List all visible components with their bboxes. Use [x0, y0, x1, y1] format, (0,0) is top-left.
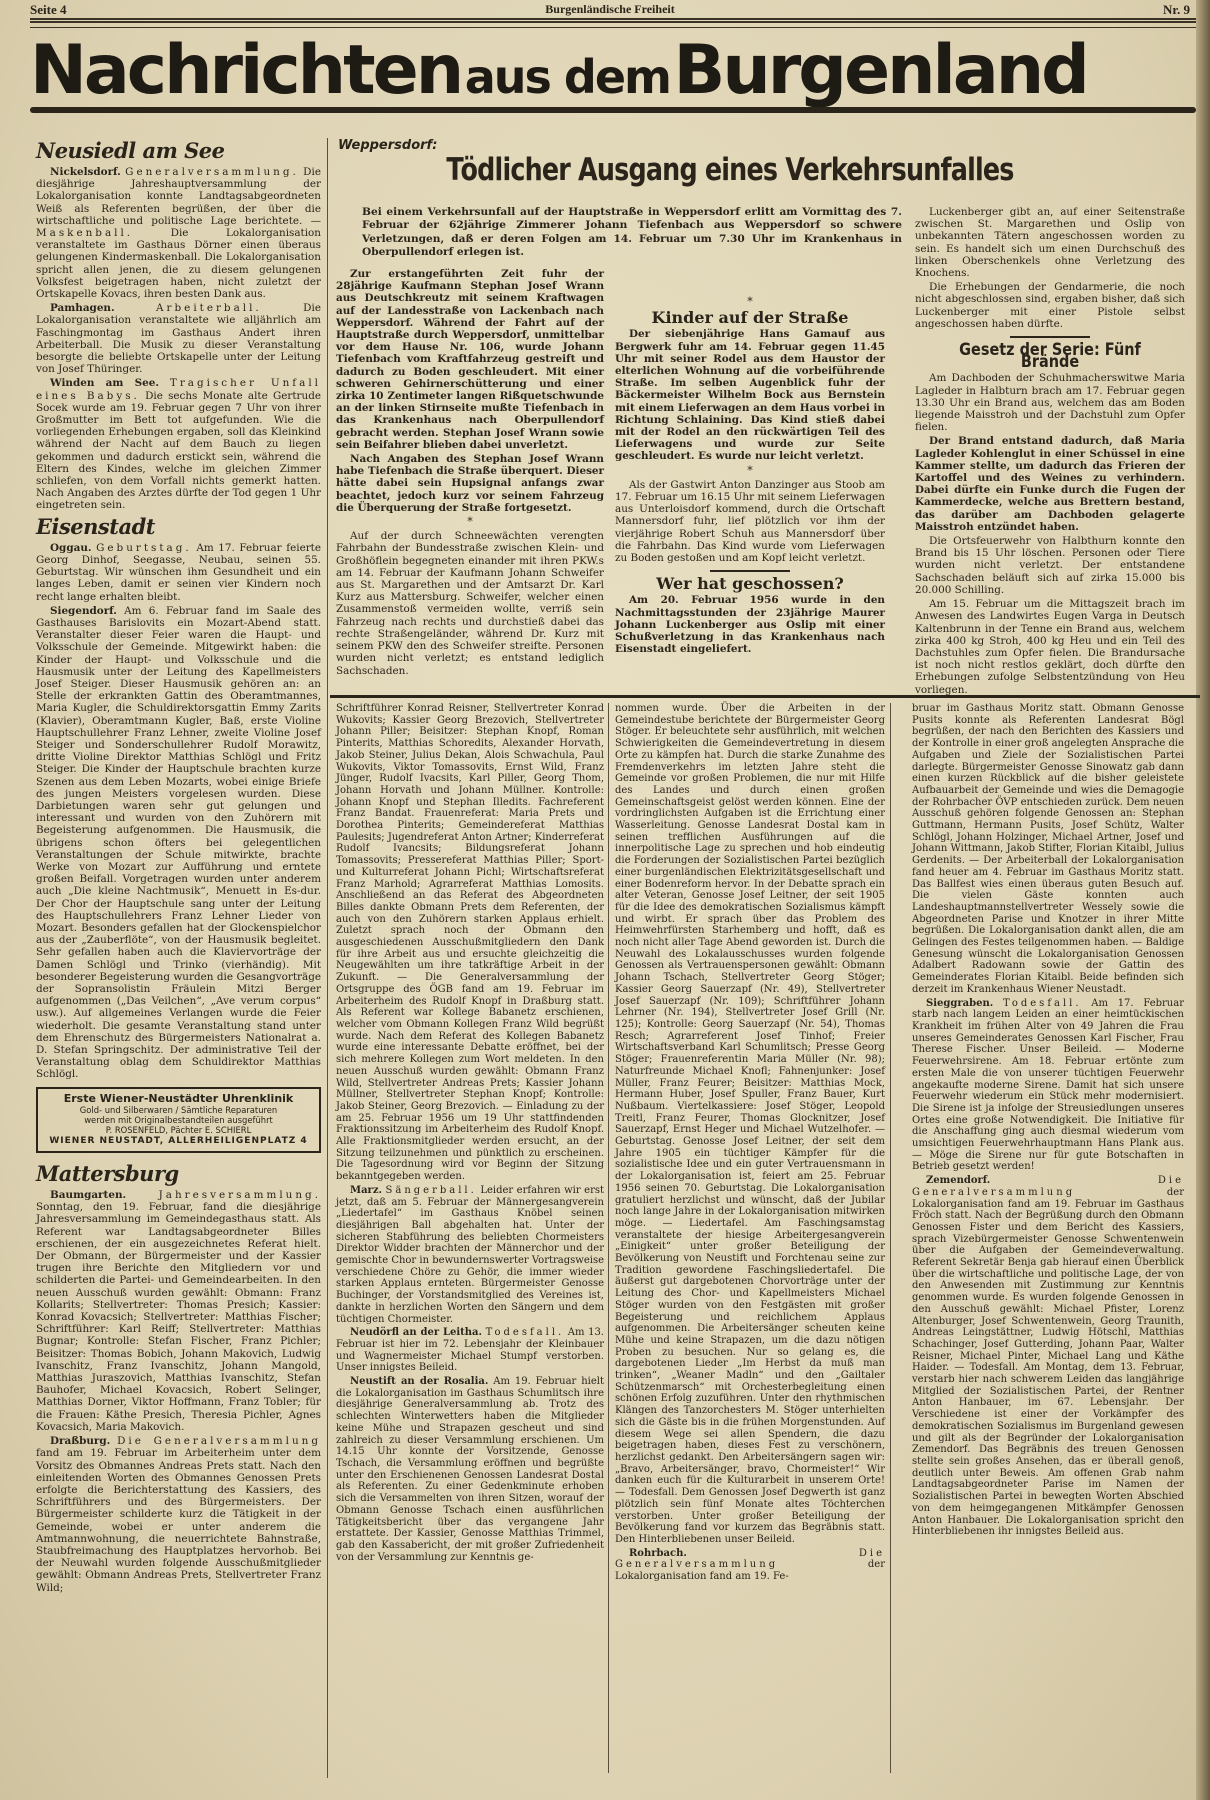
ad-line-1: Gold- und Silberwaren / Sämtliche Repara… — [44, 1105, 313, 1115]
feature-paragraph: Am 15. Februar um die Mittagszeit brach … — [915, 598, 1185, 696]
feature-lead: Bei einem Verkehrsunfall auf der Hauptst… — [362, 206, 902, 260]
news-paragraph: bruar im Gasthaus Moritz statt. Obmann G… — [912, 703, 1184, 996]
feature-column-3: Luckenberger gibt an, auf einer Seitenst… — [915, 206, 1185, 698]
column-1: Neusiedl am See Nickelsdorf. Generalvers… — [36, 138, 321, 1788]
ad-line-2: werden mit Originalbestandteilen ausgefü… — [44, 1115, 313, 1125]
news-paragraph: nommen wurde. Über die Arbeiten in der G… — [615, 703, 885, 1546]
region-heading-neusiedl: Neusiedl am See — [36, 138, 321, 164]
feature-paragraph: Am 20. Februar 1956 wurde in den Nachmit… — [615, 594, 885, 655]
news-item: Zemendorf. Die Generalversammlung der Lo… — [912, 1175, 1184, 1538]
advertisement-uhrenklinik: Erste Wiener-Neustädter Uhrenklinik Gold… — [36, 1087, 321, 1153]
top-double-rule — [30, 21, 1196, 28]
feature-paragraph: Als der Gastwirt Anton Danzinger aus Sto… — [615, 479, 885, 564]
column-2: Schriftführer Konrad Reisner, Stellvertr… — [336, 703, 604, 1565]
column-divider — [327, 138, 328, 1778]
ad-title: Erste Wiener-Neustädter Uhrenklinik — [44, 1093, 313, 1105]
masthead-rule — [30, 107, 1196, 113]
short-rule — [710, 570, 790, 572]
feature-paragraph: Der siebenjährige Hans Gamauf aus Bergwe… — [615, 328, 885, 462]
separator-asterisk: * — [336, 516, 604, 528]
page-edge-shadow — [1196, 0, 1210, 1800]
feature-bottom-rule — [330, 695, 1200, 698]
news-item: Oggau. Geburtstag. Am 17. Februar feiert… — [36, 542, 321, 603]
feature-headline: Tödlicher Ausgang eines Verkehrsunfalles — [402, 152, 1058, 188]
news-item: Siegendorf. Am 6. Februar fand im Saale … — [36, 605, 321, 1081]
news-item: Winden am See. Tragischer Unfall eines B… — [36, 377, 321, 511]
feature-paragraph: Luckenberger gibt an, auf einer Seitenst… — [915, 206, 1185, 279]
news-item: Neustift an der Rosalia. Am 19. Februar … — [336, 1376, 604, 1563]
region-heading-mattersburg: Mattersburg — [36, 1161, 321, 1187]
feature-kicker: Weppersdorf: — [338, 138, 437, 153]
column-3: nommen wurde. Über die Arbeiten in der G… — [615, 703, 885, 1585]
ad-line-3: P. ROSENFELD, Pächter E. SCHIERL — [44, 1125, 313, 1135]
top-rule — [30, 18, 1196, 20]
news-item: Nickelsdorf. Generalversammlung. Die die… — [36, 166, 321, 300]
subhead-braende: Gesetz der Serie: Fünf Brände — [935, 344, 1165, 368]
column-4: bruar im Gasthaus Moritz statt. Obmann G… — [912, 703, 1184, 1540]
news-item: Draßburg. Die Generalversammlung fand am… — [36, 1435, 321, 1594]
subhead-schuss: Wer hat geschossen? — [615, 578, 885, 590]
short-rule — [1010, 336, 1090, 338]
newspaper-name: Burgenländische Freiheit — [545, 2, 674, 17]
news-item: Sieggraben. Todesfall. Am 17. Februar st… — [912, 998, 1184, 1174]
news-paragraph: Schriftführer Konrad Reisner, Stellvertr… — [336, 703, 604, 1183]
masthead-word-3: Burgenland — [674, 31, 1087, 110]
column-divider — [890, 703, 891, 1773]
news-item: Marz. Sängerball. Leider erfahren wir er… — [336, 1185, 604, 1325]
feature-paragraph: Nach Angaben des Stephan Josef Wrann hab… — [336, 453, 604, 514]
feature-paragraph: Zur erstangeführten Zeit fuhr der 28jähr… — [336, 268, 604, 451]
feature-paragraph: Der Brand entstand dadurch, daß Maria La… — [915, 435, 1185, 533]
feature-column-1: Zur erstangeführten Zeit fuhr der 28jähr… — [336, 268, 604, 679]
subhead-kinder: Kinder auf der Straße — [615, 312, 885, 324]
masthead-word-2: aus dem — [465, 50, 670, 104]
news-item: Pamhagen. Arbeiterball. Die Lokalorganis… — [36, 302, 321, 375]
section-masthead: Nachrichten aus dem Burgenland — [30, 36, 1195, 106]
newspaper-page: Seite 4 Burgenländische Freiheit Nr. 9 N… — [0, 0, 1210, 1800]
feature-paragraph: Die Erhebungen der Gendarmerie, die noch… — [915, 281, 1185, 330]
news-item: Rohrbach. Die Generalversammlung der Lok… — [615, 1548, 885, 1583]
feature-paragraph: Die Ortsfeuerwehr von Halbthurn konnte d… — [915, 535, 1185, 596]
separator-asterisk: * — [615, 296, 885, 308]
feature-paragraph: Am Dachboden der Schuhmacherswitwe Maria… — [915, 372, 1185, 433]
page-number: Seite 4 — [30, 2, 66, 18]
separator-asterisk: * — [615, 465, 885, 477]
issue-number: Nr. 9 — [1163, 2, 1190, 18]
folio-line: Seite 4 Burgenländische Freiheit Nr. 9 — [30, 2, 1190, 18]
feature-paragraph: Auf der durch Schneewächten verengten Fa… — [336, 530, 604, 676]
masthead-word-1: Nachrichten — [30, 31, 461, 110]
column-divider — [608, 703, 609, 1773]
news-item: Baumgarten. Jahresversammlung. Sonntag, … — [36, 1189, 321, 1433]
news-item: Neudörfl an der Leitha. Todesfall. Am 13… — [336, 1327, 604, 1374]
feature-column-2: * Kinder auf der Straße Der siebenjährig… — [615, 268, 885, 657]
ad-address: WIENER NEUSTADT, ALLERHEILIGENPLATZ 4 — [44, 1135, 313, 1147]
region-heading-eisenstadt: Eisenstadt — [36, 514, 321, 540]
